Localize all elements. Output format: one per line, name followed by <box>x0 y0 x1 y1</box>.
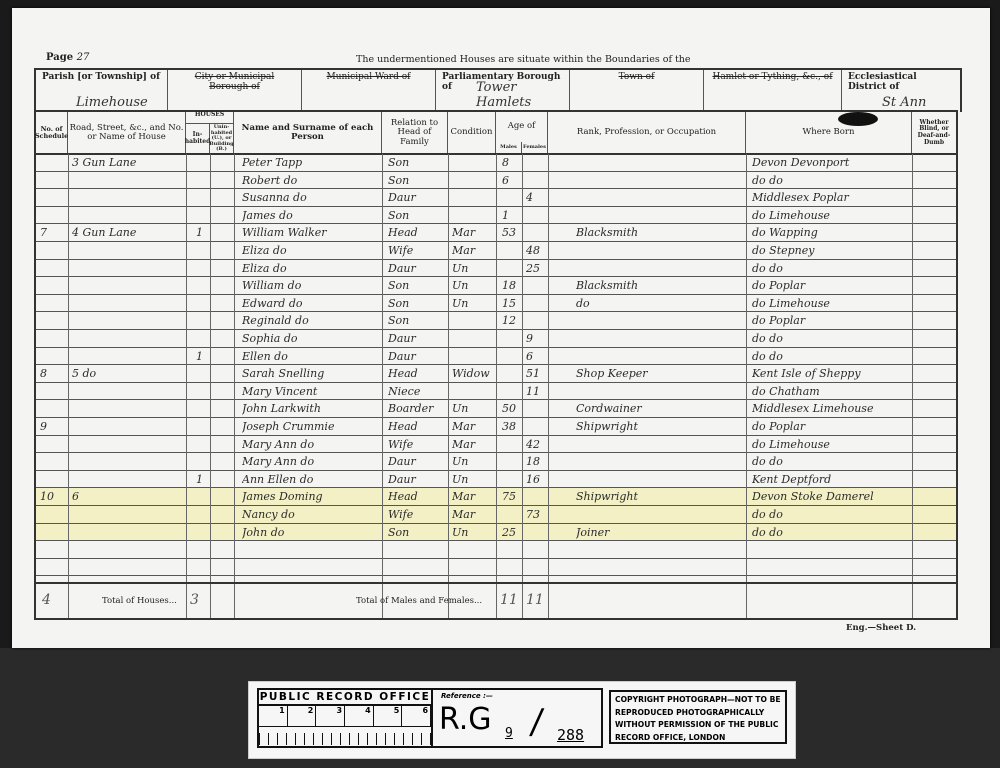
cell-inhabited: 1 <box>196 348 208 365</box>
cell-female: 73 <box>526 506 546 523</box>
cell-born: do Stepney <box>752 242 910 259</box>
cell-male <box>502 383 520 400</box>
cell-female: 11 <box>526 383 546 400</box>
cell-name: Sarah Snelling <box>242 365 380 382</box>
boundary-label: Parish [or Township] of <box>42 72 161 82</box>
cell-relation: Head <box>388 365 446 382</box>
pro-label: PUBLIC RECORD OFFICE 123456 Reference :—… <box>248 681 796 759</box>
cell-inhabited <box>196 541 208 558</box>
cell-occupation: do <box>576 295 744 312</box>
cell-road <box>72 189 184 206</box>
cell-schedule <box>40 260 66 277</box>
cell-condition <box>452 154 494 171</box>
cell-male <box>502 436 520 453</box>
cell-male <box>502 506 520 523</box>
boundaries-row: Parish [or Township] ofLimehouseCity or … <box>34 68 962 112</box>
cell-name: John Larkwith <box>242 400 380 417</box>
cell-born: do do <box>752 172 910 189</box>
cell-occupation <box>576 453 744 470</box>
cell-name: Eliza do <box>242 260 380 277</box>
cell-inhabited <box>196 488 208 505</box>
cell-schedule <box>40 330 66 347</box>
cell-born: do Limehouse <box>752 436 910 453</box>
cell-born: do do <box>752 330 910 347</box>
cell-road <box>72 506 184 523</box>
cell-male: 18 <box>502 277 520 294</box>
cell-born: Kent Isle of Sheppy <box>752 365 910 382</box>
cell-inhabited <box>196 312 208 329</box>
cell-road <box>72 436 184 453</box>
cell-female: 4 <box>526 189 546 206</box>
cell-female <box>526 312 546 329</box>
cell-occupation <box>576 242 744 259</box>
cell-schedule <box>40 471 66 488</box>
copyright-notice: COPYRIGHT PHOTOGRAPH—NOT TO BE REPRODUCE… <box>609 690 787 744</box>
cell-occupation <box>576 260 744 277</box>
cell-condition <box>452 207 494 224</box>
page-label: Page <box>46 52 73 63</box>
cell-road <box>72 260 184 277</box>
cell-occupation <box>576 541 744 558</box>
cell-relation <box>388 559 446 576</box>
column-rule <box>548 154 549 618</box>
cell-road <box>72 330 184 347</box>
cell-road <box>72 172 184 189</box>
column-rule <box>496 154 497 618</box>
cell-relation: Daur <box>388 189 446 206</box>
cell-male: 53 <box>502 224 520 241</box>
cell-inhabited <box>196 295 208 312</box>
cell-occupation: Shipwright <box>576 418 744 435</box>
col-uninhabited: Unin-habited (U.), or Building (B.) <box>210 124 234 154</box>
cell-condition <box>452 172 494 189</box>
cell-inhabited <box>196 383 208 400</box>
cell-female <box>526 154 546 171</box>
cell-male <box>502 453 520 470</box>
cell-road: 3 Gun Lane <box>72 154 184 171</box>
cell-inhabited: 1 <box>196 471 208 488</box>
boundary-label: Ecclesiastical District of <box>848 72 954 92</box>
page-number: Page 27 <box>46 52 89 63</box>
scale-number: 6 <box>402 706 431 726</box>
cell-occupation <box>576 330 744 347</box>
cell-inhabited: 1 <box>196 224 208 241</box>
col-road: Road, Street, &c., and No. or Name of Ho… <box>68 112 186 154</box>
cell-schedule <box>40 541 66 558</box>
cell-male: 38 <box>502 418 520 435</box>
total-schedules: 4 <box>42 592 51 608</box>
col-relation: Relation to Head of Family <box>382 112 448 154</box>
reference-folio: 288 <box>557 726 584 744</box>
cell-occupation <box>576 348 744 365</box>
cell-born: do Limehouse <box>752 295 910 312</box>
cell-male <box>502 242 520 259</box>
cell-female <box>526 207 546 224</box>
cell-born: do Limehouse <box>752 207 910 224</box>
cell-schedule <box>40 189 66 206</box>
cell-condition: Mar <box>452 436 494 453</box>
col-name: Name and Surname of each Person <box>234 112 382 154</box>
boundary-3: Parliamentary Borough ofTower Hamlets <box>436 70 570 112</box>
scale-number: 5 <box>374 706 403 726</box>
pro-reference: Reference :— R.G 9 / 288 <box>433 688 603 748</box>
reference-label: Reference :— <box>441 692 493 700</box>
cell-road <box>72 207 184 224</box>
cell-schedule <box>40 383 66 400</box>
col-born: Where Born <box>746 112 912 154</box>
scale-number: 3 <box>316 706 345 726</box>
cell-born: do do <box>752 506 910 523</box>
cell-condition <box>452 312 494 329</box>
scale-number: 1 <box>259 706 288 726</box>
cell-inhabited <box>196 365 208 382</box>
column-rule <box>448 154 449 618</box>
cell-name: John do <box>242 524 380 541</box>
cell-born: do Wapping <box>752 224 910 241</box>
boundary-label: City or Municipal Borough of <box>174 72 295 92</box>
census-table: No. of Schedule Road, Street, &c., and N… <box>34 110 958 620</box>
cell-occupation <box>576 559 744 576</box>
cell-born: do Poplar <box>752 277 910 294</box>
cell-condition: Un <box>452 471 494 488</box>
cell-female <box>526 559 546 576</box>
cell-condition: Un <box>452 260 494 277</box>
cell-occupation: Blacksmith <box>576 277 744 294</box>
col-inhabited: In-habited <box>186 124 210 154</box>
cell-schedule <box>40 242 66 259</box>
boundary-value: Limehouse <box>76 95 148 110</box>
cell-name: Susanna do <box>242 189 380 206</box>
cell-schedule <box>40 453 66 470</box>
column-rule <box>186 154 187 618</box>
pro-ruler: PUBLIC RECORD OFFICE 123456 <box>257 688 433 748</box>
cell-road: 4 Gun Lane <box>72 224 184 241</box>
cell-inhabited <box>196 242 208 259</box>
cell-occupation <box>576 154 744 171</box>
cell-relation: Son <box>388 524 446 541</box>
cell-schedule <box>40 295 66 312</box>
cell-female <box>526 277 546 294</box>
cell-relation: Niece <box>388 383 446 400</box>
cell-occupation <box>576 383 744 400</box>
cell-female: 16 <box>526 471 546 488</box>
cell-schedule: 8 <box>40 365 66 382</box>
cell-male: 75 <box>502 488 520 505</box>
cell-schedule: 9 <box>40 418 66 435</box>
cell-relation <box>388 541 446 558</box>
cell-road <box>72 295 184 312</box>
column-rule <box>68 154 69 618</box>
cell-inhabited <box>196 436 208 453</box>
cell-road <box>72 471 184 488</box>
total-persons-label: Total of Males and Females... <box>356 596 482 606</box>
cell-relation: Son <box>388 154 446 171</box>
cell-relation: Son <box>388 207 446 224</box>
cell-born: do Chatham <box>752 383 910 400</box>
cell-relation: Daur <box>388 453 446 470</box>
pro-title: PUBLIC RECORD OFFICE <box>259 690 431 706</box>
cell-schedule <box>40 348 66 365</box>
cell-occupation: Shop Keeper <box>576 365 744 382</box>
cell-road <box>72 312 184 329</box>
cell-inhabited <box>196 400 208 417</box>
cell-inhabited <box>196 506 208 523</box>
boundary-label: Town of <box>576 72 697 82</box>
cell-born: Devon Devonport <box>752 154 910 171</box>
cell-female <box>526 172 546 189</box>
boundary-2: Municipal Ward of <box>302 70 436 112</box>
cell-condition: Un <box>452 295 494 312</box>
pro-scale-ticks <box>259 727 431 745</box>
cell-condition: Mar <box>452 418 494 435</box>
cell-schedule: 7 <box>40 224 66 241</box>
col-age: Age of <box>496 112 548 142</box>
cell-inhabited <box>196 559 208 576</box>
cell-road: 5 do <box>72 365 184 382</box>
cell-male <box>502 348 520 365</box>
cell-female: 9 <box>526 330 546 347</box>
cell-born: do Poplar <box>752 418 910 435</box>
cell-occupation <box>576 312 744 329</box>
cell-occupation <box>576 189 744 206</box>
page-number-value: 27 <box>77 52 90 63</box>
cell-condition <box>452 189 494 206</box>
total-males: 11 <box>500 592 518 608</box>
cell-inhabited <box>196 418 208 435</box>
cell-female <box>526 224 546 241</box>
total-houses-label: Total of Houses... <box>102 596 177 606</box>
column-rule <box>234 154 235 618</box>
scale-number: 4 <box>345 706 374 726</box>
cell-schedule <box>40 400 66 417</box>
cell-relation: Wife <box>388 436 446 453</box>
cell-occupation <box>576 436 744 453</box>
cell-male <box>502 541 520 558</box>
cell-male: 12 <box>502 312 520 329</box>
cell-name: Mary Ann do <box>242 453 380 470</box>
scale-number: 2 <box>288 706 317 726</box>
cell-name: William Walker <box>242 224 380 241</box>
cell-relation: Daur <box>388 471 446 488</box>
boundary-1: City or Municipal Borough of <box>168 70 302 112</box>
cell-male <box>502 471 520 488</box>
cell-occupation <box>576 506 744 523</box>
cell-road: 6 <box>72 488 184 505</box>
cell-condition: Un <box>452 400 494 417</box>
boundary-value: St Ann <box>882 95 926 110</box>
col-condition: Condition <box>448 112 496 154</box>
cell-male: 25 <box>502 524 520 541</box>
cell-schedule <box>40 172 66 189</box>
cell-schedule <box>40 154 66 171</box>
cell-road <box>72 277 184 294</box>
cell-road <box>72 348 184 365</box>
cell-relation: Wife <box>388 242 446 259</box>
cell-condition: Widow <box>452 365 494 382</box>
cell-inhabited <box>196 260 208 277</box>
boundary-0: Parish [or Township] ofLimehouse <box>36 70 168 112</box>
cell-female <box>526 541 546 558</box>
cell-schedule <box>40 524 66 541</box>
cell-inhabited <box>196 189 208 206</box>
cell-inhabited <box>196 154 208 171</box>
cell-inhabited <box>196 330 208 347</box>
cell-condition <box>452 330 494 347</box>
cell-born: do do <box>752 260 910 277</box>
cell-male <box>502 260 520 277</box>
cell-female: 25 <box>526 260 546 277</box>
cell-relation: Son <box>388 295 446 312</box>
cell-name: Joseph Crummie <box>242 418 380 435</box>
cell-road <box>72 453 184 470</box>
cell-female <box>526 295 546 312</box>
reference-series: R.G <box>439 702 492 737</box>
cell-relation: Son <box>388 312 446 329</box>
cell-relation: Son <box>388 277 446 294</box>
cell-born: Kent Deptford <box>752 471 910 488</box>
cell-female: 51 <box>526 365 546 382</box>
cell-schedule: 10 <box>40 488 66 505</box>
col-blind: Whether Blind, or Deaf-and-Dumb <box>912 112 956 154</box>
cell-condition: Mar <box>452 488 494 505</box>
cell-female <box>526 400 546 417</box>
cell-relation: Head <box>388 224 446 241</box>
column-rule <box>912 154 913 618</box>
cell-male <box>502 330 520 347</box>
cell-road <box>72 383 184 400</box>
cell-female <box>526 524 546 541</box>
boundary-label: Municipal Ward of <box>308 72 429 82</box>
cell-female <box>526 418 546 435</box>
cell-occupation <box>576 471 744 488</box>
cell-road <box>72 559 184 576</box>
cell-born: do do <box>752 524 910 541</box>
total-females: 11 <box>526 592 544 608</box>
pro-scale-numbers: 123456 <box>259 706 431 727</box>
cell-occupation: Shipwright <box>576 488 744 505</box>
col-houses: HOUSES <box>186 112 234 124</box>
cell-female: 48 <box>526 242 546 259</box>
cell-male: 15 <box>502 295 520 312</box>
cell-male: 1 <box>502 207 520 224</box>
cell-relation: Boarder <box>388 400 446 417</box>
cell-name: Reginald do <box>242 312 380 329</box>
cell-relation: Head <box>388 488 446 505</box>
cell-schedule <box>40 436 66 453</box>
cell-name: James Doming <box>242 488 380 505</box>
cell-born: Devon Stoke Damerel <box>752 488 910 505</box>
cell-male: 50 <box>502 400 520 417</box>
cell-born: Middlesex Limehouse <box>752 400 910 417</box>
cell-condition <box>452 348 494 365</box>
reference-slash: / <box>528 702 545 742</box>
cell-inhabited <box>196 524 208 541</box>
cell-relation: Daur <box>388 330 446 347</box>
boundary-6: Ecclesiastical District ofSt Ann <box>842 70 960 112</box>
cell-male <box>502 189 520 206</box>
cell-inhabited <box>196 277 208 294</box>
boundary-label: Hamlet or Tything, &c., of <box>710 72 835 82</box>
cell-name: Peter Tapp <box>242 154 380 171</box>
cell-condition: Mar <box>452 506 494 523</box>
cell-inhabited <box>196 207 208 224</box>
cell-born: do do <box>752 453 910 470</box>
cell-name: Mary Vincent <box>242 383 380 400</box>
cell-condition: Un <box>452 277 494 294</box>
column-rule <box>522 154 523 618</box>
cell-schedule <box>40 506 66 523</box>
cell-name: Ann Ellen do <box>242 471 380 488</box>
cell-condition: Mar <box>452 242 494 259</box>
total-houses: 3 <box>190 592 199 608</box>
boundary-value: Tower Hamlets <box>476 80 569 110</box>
cell-occupation: Blacksmith <box>576 224 744 241</box>
cell-schedule <box>40 559 66 576</box>
col-schedule: No. of Schedule <box>36 112 68 154</box>
cell-born: Middlesex Poplar <box>752 189 910 206</box>
column-rule <box>746 154 747 618</box>
cell-relation: Daur <box>388 260 446 277</box>
reference-piece: 9 <box>505 726 513 741</box>
cell-born: do Poplar <box>752 312 910 329</box>
cell-female <box>526 488 546 505</box>
cell-occupation: Cordwainer <box>576 400 744 417</box>
cell-occupation <box>576 207 744 224</box>
cell-road <box>72 418 184 435</box>
cell-female: 42 <box>526 436 546 453</box>
column-rule <box>210 154 211 618</box>
cell-condition <box>452 559 494 576</box>
col-occupation: Rank, Profession, or Occupation <box>548 112 746 154</box>
cell-schedule <box>40 312 66 329</box>
cell-name: Edward do <box>242 295 380 312</box>
cell-inhabited <box>196 172 208 189</box>
cell-road <box>72 524 184 541</box>
cell-relation: Head <box>388 418 446 435</box>
cell-name: James do <box>242 207 380 224</box>
cell-female: 18 <box>526 453 546 470</box>
cell-born <box>752 559 910 576</box>
cell-condition: Mar <box>452 224 494 241</box>
totals-row: 4 Total of Houses... 3 Total of Males an… <box>36 582 956 620</box>
cell-female: 6 <box>526 348 546 365</box>
cell-condition: Un <box>452 453 494 470</box>
boundaries-intro: The undermentioned Houses are situate wi… <box>356 54 691 65</box>
cell-condition: Un <box>452 524 494 541</box>
cell-relation: Son <box>388 172 446 189</box>
cell-occupation: Joiner <box>576 524 744 541</box>
cell-road <box>72 242 184 259</box>
cell-name <box>242 541 380 558</box>
cell-male <box>502 559 520 576</box>
cell-born <box>752 541 910 558</box>
boundary-4: Town of <box>570 70 704 112</box>
cell-male: 8 <box>502 154 520 171</box>
cell-name: William do <box>242 277 380 294</box>
cell-inhabited <box>196 453 208 470</box>
sheet-footer: Eng.—Sheet D. <box>846 623 916 633</box>
cell-name: Nancy do <box>242 506 380 523</box>
cell-male: 6 <box>502 172 520 189</box>
boundary-5: Hamlet or Tything, &c., of <box>704 70 842 112</box>
column-rule <box>382 154 383 618</box>
cell-condition <box>452 541 494 558</box>
cell-name: Mary Ann do <box>242 436 380 453</box>
cell-road <box>72 400 184 417</box>
cell-name: Ellen do <box>242 348 380 365</box>
cell-relation: Wife <box>388 506 446 523</box>
cell-name: Robert do <box>242 172 380 189</box>
